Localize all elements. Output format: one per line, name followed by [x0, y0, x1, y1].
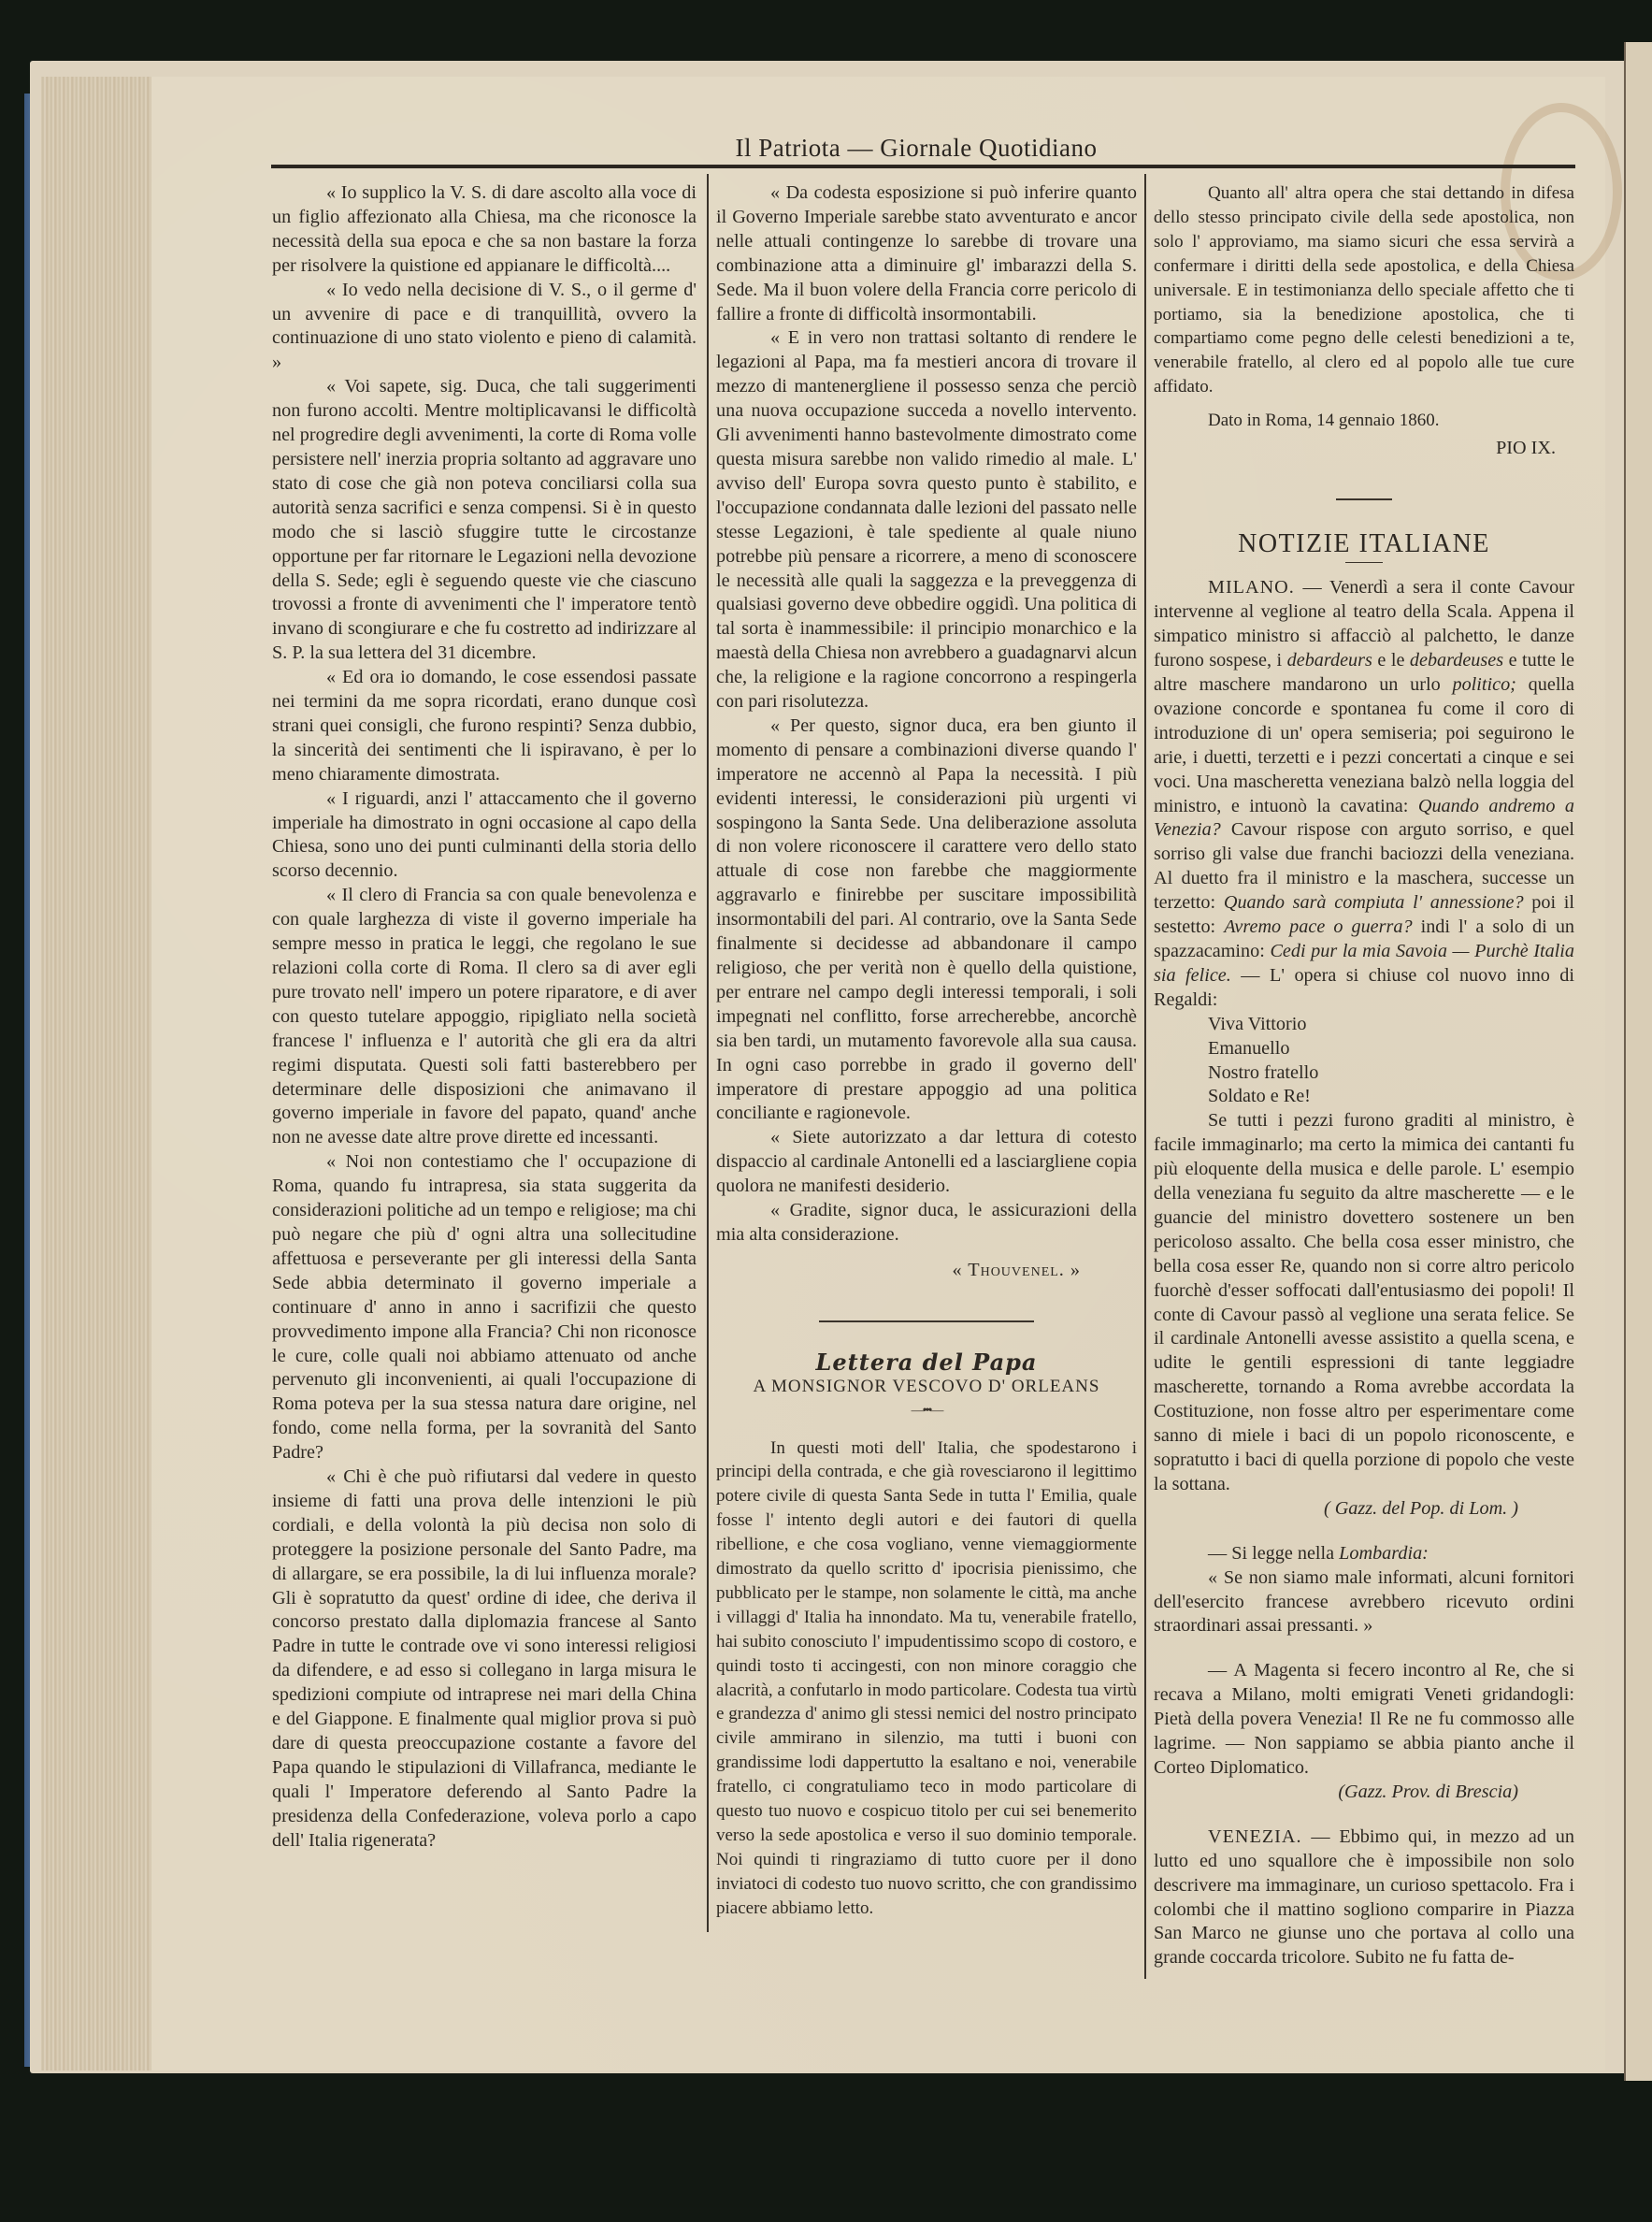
paragraph: « Chi è che può rifiutarsi dal vedere in…: [272, 1465, 697, 1854]
column-divider-2: [1144, 174, 1146, 1979]
short-separator: [1336, 498, 1392, 500]
article-separator: [819, 1320, 1034, 1322]
column-divider-1: [707, 174, 709, 1932]
paragraph: « Io supplico la V. S. di dare ascolto a…: [272, 181, 697, 279]
paragraph: « Siete autorizzato a dar lettura di cot…: [716, 1126, 1137, 1199]
paragraph: « Gradite, signor duca, le assicurazioni…: [716, 1199, 1137, 1248]
section-title: NOTIZIE ITALIANE: [1154, 532, 1574, 556]
ornament-divider: —•••—: [716, 1399, 1137, 1423]
column-3: Quanto all' altra opera che stai dettand…: [1154, 181, 1574, 1970]
news-venezia: VENEZIA. — Ebbimo qui, in mezzo ad un lu…: [1154, 1825, 1574, 1970]
paragraph: « Io vedo nella decisione di V. S., o il…: [272, 279, 697, 376]
poem-line: Nostro fratello: [1154, 1061, 1574, 1086]
signature-thouvenel: « Thouvenel. »: [716, 1259, 1137, 1283]
column-1: « Io supplico la V. S. di dare ascolto a…: [272, 181, 697, 1854]
paragraph: « Noi non contestiamo che l' occupazione…: [272, 1150, 697, 1465]
paragraph: In questi moti dell' Italia, che spodest…: [716, 1436, 1137, 1921]
paragraph: « Ed ora io domando, le cose essendosi p…: [272, 666, 697, 787]
next-page-edge: [1624, 42, 1652, 2081]
signature-pio-ix: PIO IX.: [1154, 437, 1574, 461]
section-underline: [1345, 562, 1383, 564]
paragraph: « Se non siamo male informati, alcuni fo…: [1154, 1566, 1574, 1639]
paragraph: Quanto all' altra opera che stai dettand…: [1154, 181, 1574, 399]
source-citation: (Gazz. Prov. di Brescia): [1154, 1781, 1574, 1805]
header-rule: [271, 165, 1575, 168]
paragraph: « I riguardi, anzi l' attaccamento che i…: [272, 787, 697, 885]
dateline: Dato in Roma, 14 gennaio 1860.: [1154, 409, 1574, 433]
poem-line: Emanuello: [1154, 1037, 1574, 1061]
news-milano: MILANO. — Venerdì a sera il conte Cavour…: [1154, 576, 1574, 1012]
letter-subtitle: A MONSIGNOR VESCOVO D' ORLEANS: [716, 1375, 1137, 1399]
letter-title: Lettera del Papa: [716, 1350, 1137, 1375]
paragraph: « E in vero non trattasi soltanto di ren…: [716, 326, 1137, 714]
running-title: Il Patriota — Giornale Quotidiano: [654, 134, 1178, 163]
paragraph: « Per questo, signor duca, era ben giunt…: [716, 714, 1137, 1126]
poem-line: Viva Vittorio: [1154, 1013, 1574, 1037]
column-2: « Da codesta esposizione si può inferire…: [716, 181, 1137, 1921]
paragraph: « Da codesta esposizione si può inferire…: [716, 181, 1137, 326]
news-magenta: — A Magenta si fecero incontro al Re, ch…: [1154, 1659, 1574, 1781]
source-citation: ( Gazz. del Pop. di Lom. ): [1154, 1497, 1574, 1522]
news-lombardia: — Si legge nella Lombardia:: [1154, 1542, 1574, 1566]
paragraph: « Voi sapete, sig. Duca, che tali sugger…: [272, 375, 697, 666]
poem-line: Soldato e Re!: [1154, 1085, 1574, 1109]
page-edges-stack: [41, 77, 154, 2070]
paragraph: Se tutti i pezzi furono graditi al minis…: [1154, 1109, 1574, 1497]
paragraph: « Il clero di Francia sa con quale benev…: [272, 884, 697, 1150]
